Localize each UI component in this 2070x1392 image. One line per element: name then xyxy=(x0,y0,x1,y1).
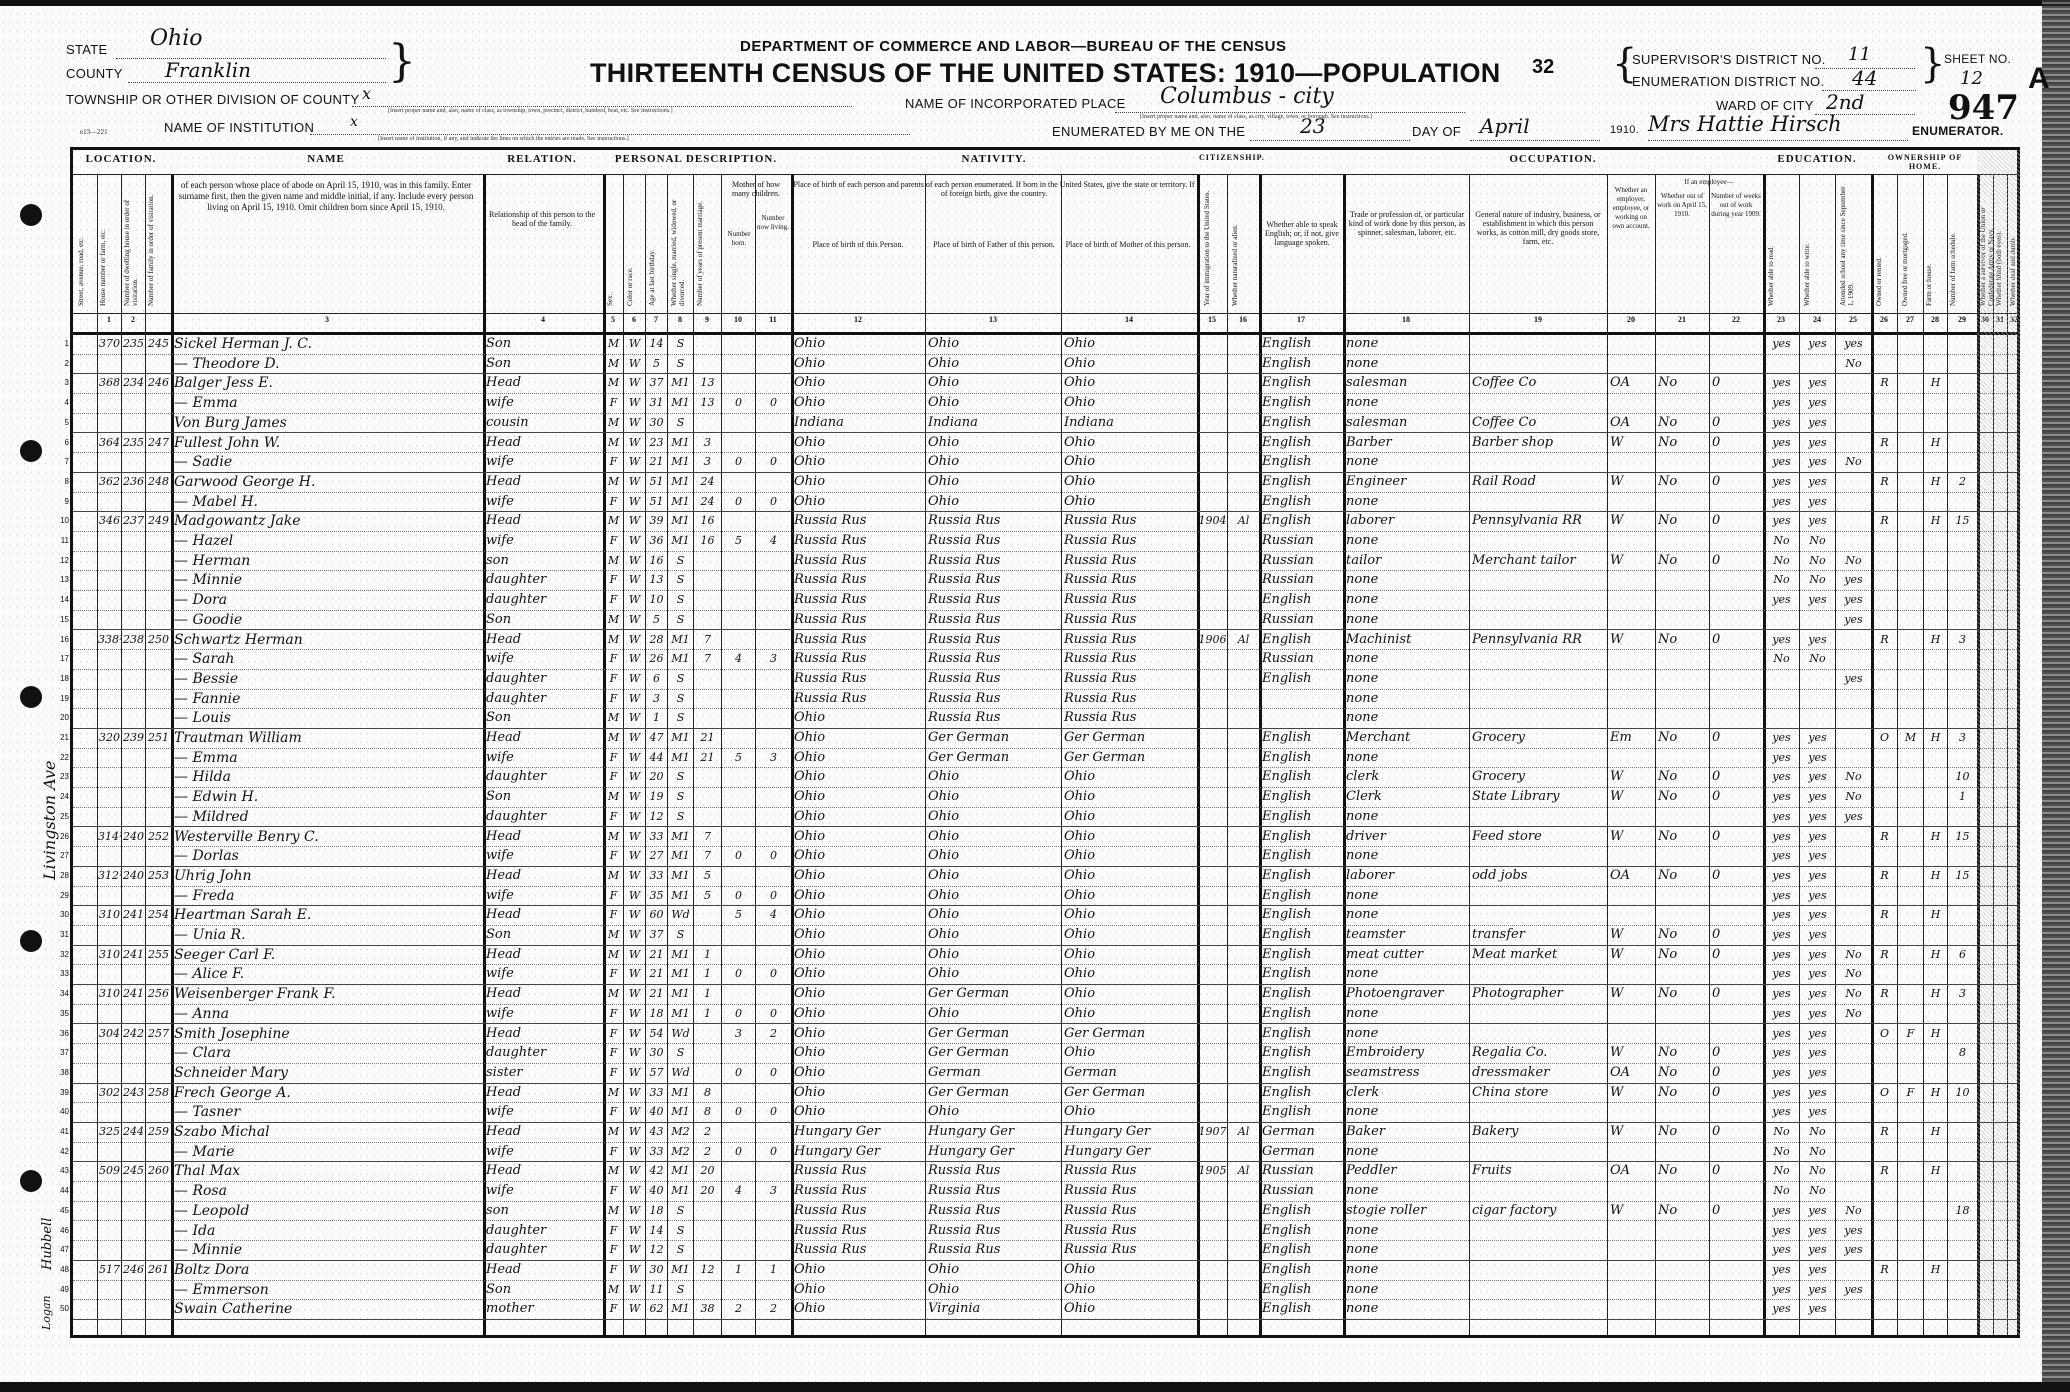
cell-sex: F xyxy=(603,1043,623,1063)
cell-name: Heartman Sarah E. xyxy=(171,905,483,925)
cell-house xyxy=(97,1004,121,1024)
cell-age: 60 xyxy=(645,905,667,925)
cell-school xyxy=(1835,413,1871,433)
line-number: 5 xyxy=(51,413,69,433)
cell-house xyxy=(97,354,121,374)
cell-sched xyxy=(1947,610,1977,630)
cell-family xyxy=(145,767,171,787)
cell-family xyxy=(145,452,171,472)
cell-name: Smith Josephine xyxy=(171,1024,483,1044)
cell-sex: M xyxy=(603,827,623,847)
cell-father: Ohio xyxy=(925,925,1061,945)
cell-born: 1 xyxy=(721,1260,755,1280)
cell-father: Hungary Ger xyxy=(925,1122,1061,1142)
cell-mother: Ohio xyxy=(1061,1004,1197,1024)
cell-read: yes xyxy=(1763,748,1799,768)
cell-trade: none xyxy=(1343,905,1469,925)
cell-house xyxy=(97,452,121,472)
cell-father: Ger German xyxy=(925,728,1061,748)
cell-trade: none xyxy=(1343,334,1469,354)
cell-own: O xyxy=(1871,728,1897,748)
cell-emp: W xyxy=(1607,984,1655,1004)
cell-nat xyxy=(1227,551,1259,571)
cell-free xyxy=(1897,689,1923,709)
cell-trade: clerk xyxy=(1343,1083,1469,1103)
cell-mother: Ohio xyxy=(1061,393,1197,413)
cell-dwelling xyxy=(121,669,145,689)
cell-born xyxy=(721,787,755,807)
cell-lang: Russian xyxy=(1259,551,1343,571)
cell-birth: Ohio xyxy=(791,748,925,768)
cell-race: W xyxy=(623,1240,645,1260)
incorporated-place-value: Columbus - city xyxy=(1160,84,1334,109)
header-birthplace-person: Place of birth of this Person. xyxy=(793,240,923,270)
cell-father: Ohio xyxy=(925,767,1061,787)
cell-out xyxy=(1655,570,1709,590)
cell-immig xyxy=(1197,1240,1227,1260)
cell-house xyxy=(97,886,121,906)
cell-trade: laborer xyxy=(1343,511,1469,531)
cell-yrs-married xyxy=(693,1280,721,1300)
cell-sched xyxy=(1947,846,1977,866)
cell-yrs-married xyxy=(693,354,721,374)
cell-immig xyxy=(1197,413,1227,433)
cell-mother: Russia Rus xyxy=(1061,630,1197,650)
cell-relation: Head xyxy=(483,945,603,965)
cell-school xyxy=(1835,846,1871,866)
cell-industry: odd jobs xyxy=(1469,866,1607,886)
cell-born: 2 xyxy=(721,1299,755,1319)
cell-write: yes xyxy=(1799,433,1835,453)
cell-relation: wife xyxy=(483,748,603,768)
cell-trade: none xyxy=(1343,1102,1469,1122)
cell-age: 33 xyxy=(645,1083,667,1103)
cell-free xyxy=(1897,433,1923,453)
cell-family: 257 xyxy=(145,1024,171,1044)
cell-dwelling xyxy=(121,1280,145,1300)
cell-trade: none xyxy=(1343,846,1469,866)
ward-label: WARD OF CITY xyxy=(1716,98,1814,113)
cell-immig xyxy=(1197,334,1227,354)
cell-trade: none xyxy=(1343,748,1469,768)
cell-own xyxy=(1871,649,1897,669)
cell-industry: Coffee Co xyxy=(1469,373,1607,393)
cell-birth: Ohio xyxy=(791,334,925,354)
cell-relation: daughter xyxy=(483,669,603,689)
cell-race: W xyxy=(623,1260,645,1280)
cell-birth: Ohio xyxy=(791,767,925,787)
cell-free xyxy=(1897,669,1923,689)
cell-father: Ohio xyxy=(925,393,1061,413)
line-number: 17 xyxy=(51,649,69,669)
cell-relation: Head xyxy=(483,866,603,886)
cell-age: 12 xyxy=(645,807,667,827)
cell-free xyxy=(1897,1260,1923,1280)
cell-lang: English xyxy=(1259,827,1343,847)
sheet-number: 12 xyxy=(1960,68,1983,89)
cell-farm xyxy=(1923,551,1947,571)
incorporated-place-label: NAME OF INCORPORATED PLACE xyxy=(905,96,1126,111)
cell-emp xyxy=(1607,1024,1655,1044)
county-value: Franklin xyxy=(165,58,251,82)
cell-farm: H xyxy=(1923,1260,1947,1280)
cell-lang: English xyxy=(1259,1221,1343,1241)
cell-sex: M xyxy=(603,945,623,965)
cell-weeks xyxy=(1709,452,1763,472)
cell-name: Westerville Benry C. xyxy=(171,827,483,847)
cell-dwelling xyxy=(121,1043,145,1063)
cell-race: W xyxy=(623,787,645,807)
cell-lang: English xyxy=(1259,452,1343,472)
cell-lang: Russian xyxy=(1259,570,1343,590)
cell-free xyxy=(1897,1280,1923,1300)
cell-birth: Ohio xyxy=(791,728,925,748)
cell-family: 247 xyxy=(145,433,171,453)
cell-write: yes xyxy=(1799,630,1835,650)
cell-sched xyxy=(1947,1102,1977,1122)
cell-free xyxy=(1897,866,1923,886)
cell-house: 368 xyxy=(97,373,121,393)
cell-immig xyxy=(1197,1280,1227,1300)
cell-yrs-married: 13 xyxy=(693,393,721,413)
line-number: 42 xyxy=(51,1142,69,1162)
cell-house: 304 xyxy=(97,1024,121,1044)
cell-lang: Russian xyxy=(1259,649,1343,669)
line-number: 11 xyxy=(51,531,69,551)
cell-race: W xyxy=(623,708,645,728)
cell-age: 10 xyxy=(645,590,667,610)
sheet-letter: A xyxy=(2028,62,2050,96)
cell-read: No xyxy=(1763,551,1799,571)
header-house-number: House number or farm, etc. xyxy=(99,180,119,306)
cell-dwelling: 241 xyxy=(121,905,145,925)
cell-yrs-married xyxy=(693,570,721,590)
cell-marital: M1 xyxy=(667,964,693,984)
cell-farm xyxy=(1923,964,1947,984)
cell-industry xyxy=(1469,1299,1607,1319)
cell-born xyxy=(721,984,755,1004)
cell-race: W xyxy=(623,472,645,492)
cell-lang: English xyxy=(1259,1083,1343,1103)
cell-lang: English xyxy=(1259,767,1343,787)
cell-yrs-married: 13 xyxy=(693,373,721,393)
cell-sex: M xyxy=(603,984,623,1004)
cell-mother: Ohio xyxy=(1061,452,1197,472)
cell-read: yes xyxy=(1763,1004,1799,1024)
incorporated-place-line xyxy=(1115,112,1465,113)
cell-nat xyxy=(1227,669,1259,689)
cell-free xyxy=(1897,1122,1923,1142)
cell-name: — Fannie xyxy=(171,689,483,709)
cell-sched xyxy=(1947,748,1977,768)
cell-weeks xyxy=(1709,1299,1763,1319)
table-row: 37— ClaradaughterFW30SOhioGer GermanOhio… xyxy=(73,1043,2017,1064)
cell-nat xyxy=(1227,610,1259,630)
cell-age: 18 xyxy=(645,1201,667,1221)
cell-relation: mother xyxy=(483,1299,603,1319)
cell-write xyxy=(1799,708,1835,728)
cell-born xyxy=(721,570,755,590)
column-number: 6 xyxy=(623,315,645,324)
cell-name: — Louis xyxy=(171,708,483,728)
cell-free xyxy=(1897,945,1923,965)
cell-name: — Minnie xyxy=(171,1240,483,1260)
cell-weeks: 0 xyxy=(1709,373,1763,393)
cell-house: 320 xyxy=(97,728,121,748)
cell-trade: none xyxy=(1343,570,1469,590)
cell-yrs-married: 21 xyxy=(693,748,721,768)
cell-school xyxy=(1835,689,1871,709)
cell-write: yes xyxy=(1799,866,1835,886)
column-number: 9 xyxy=(693,315,721,324)
cell-weeks xyxy=(1709,393,1763,413)
cell-sex: F xyxy=(603,846,623,866)
table-row: 50Swain CatherinemotherFW62M13822OhioVir… xyxy=(73,1299,2017,1320)
header-mother-of: Mother of how many children. xyxy=(723,180,789,210)
cell-dwelling: 240 xyxy=(121,827,145,847)
punch-hole xyxy=(20,204,42,226)
cell-immig xyxy=(1197,452,1227,472)
cell-farm xyxy=(1923,1201,1947,1221)
cell-name: — Dorlas xyxy=(171,846,483,866)
cell-dwelling: 235 xyxy=(121,433,145,453)
cell-farm xyxy=(1923,531,1947,551)
cell-sched xyxy=(1947,1299,1977,1319)
cell-own xyxy=(1871,610,1897,630)
cell-mother: Ohio xyxy=(1061,492,1197,512)
cell-name: Fullest John W. xyxy=(171,433,483,453)
cell-farm xyxy=(1923,1043,1947,1063)
cell-house: 370 xyxy=(97,334,121,354)
cell-out: No xyxy=(1655,413,1709,433)
cell-dwelling: 246 xyxy=(121,1260,145,1280)
cell-relation: Head xyxy=(483,1161,603,1181)
cell-weeks: 0 xyxy=(1709,1122,1763,1142)
cell-mother: Russia Rus xyxy=(1061,531,1197,551)
cell-weeks xyxy=(1709,1221,1763,1241)
cell-read: yes xyxy=(1763,413,1799,433)
cell-out: No xyxy=(1655,827,1709,847)
cell-own xyxy=(1871,669,1897,689)
cell-family xyxy=(145,610,171,630)
cell-own: R xyxy=(1871,630,1897,650)
cell-sched xyxy=(1947,689,1977,709)
cell-mother: Ohio xyxy=(1061,846,1197,866)
cell-weeks: 0 xyxy=(1709,1161,1763,1181)
cell-house xyxy=(97,551,121,571)
cell-name: — Mabel H. xyxy=(171,492,483,512)
cell-weeks xyxy=(1709,649,1763,669)
cell-nat: Al xyxy=(1227,511,1259,531)
table-row: 42— MariewifeFW33M2200Hungary GerHungary… xyxy=(73,1142,2017,1163)
cell-emp: W xyxy=(1607,511,1655,531)
cell-family xyxy=(145,1004,171,1024)
cell-father: Ohio xyxy=(925,1102,1061,1122)
cell-sex: F xyxy=(603,1299,623,1319)
cell-relation: daughter xyxy=(483,767,603,787)
cell-house xyxy=(97,1201,121,1221)
cell-relation: wife xyxy=(483,964,603,984)
cell-mother: Ohio xyxy=(1061,925,1197,945)
cell-born: 0 xyxy=(721,846,755,866)
cell-relation: daughter xyxy=(483,807,603,827)
cell-sex: M xyxy=(603,728,623,748)
cell-mother: Ohio xyxy=(1061,807,1197,827)
header-relation: Relationship of this person to the head … xyxy=(485,210,599,270)
punch-hole xyxy=(20,1170,42,1192)
cell-own: R xyxy=(1871,433,1897,453)
cell-relation: Son xyxy=(483,787,603,807)
cell-farm xyxy=(1923,1221,1947,1241)
cell-race: W xyxy=(623,610,645,630)
cell-dwelling xyxy=(121,1102,145,1122)
cell-age: 27 xyxy=(645,846,667,866)
cell-industry xyxy=(1469,689,1607,709)
cell-trade: Embroidery xyxy=(1343,1043,1469,1063)
cell-write: yes xyxy=(1799,1299,1835,1319)
cell-sched xyxy=(1947,393,1977,413)
cell-weeks: 0 xyxy=(1709,827,1763,847)
cell-write: yes xyxy=(1799,787,1835,807)
cell-dwelling xyxy=(121,413,145,433)
cell-nat xyxy=(1227,767,1259,787)
cell-family xyxy=(145,354,171,374)
cell-weeks: 0 xyxy=(1709,925,1763,945)
header-age: Age at last birthday. xyxy=(648,180,666,306)
cell-lang: Russian xyxy=(1259,531,1343,551)
cell-industry: cigar factory xyxy=(1469,1201,1607,1221)
cell-yrs-married xyxy=(693,1043,721,1063)
cell-family xyxy=(145,1043,171,1063)
cell-nat xyxy=(1227,866,1259,886)
cell-farm: H xyxy=(1923,1122,1947,1142)
page-stamp: 32 xyxy=(1532,56,1554,79)
cell-marital: S xyxy=(667,669,693,689)
cell-name: — Tasner xyxy=(171,1102,483,1122)
cell-family: 246 xyxy=(145,373,171,393)
cell-mother: Ohio xyxy=(1061,1102,1197,1122)
census-sheet: STATE Ohio COUNTY Franklin } TOWNSHIP OR… xyxy=(0,0,2070,1392)
cell-farm xyxy=(1923,354,1947,374)
column-number: 26 xyxy=(1871,315,1897,324)
cell-read: No xyxy=(1763,531,1799,551)
cell-age: 21 xyxy=(645,452,667,472)
table-row: 32310241255Seeger Carl F.HeadMW21M11Ohio… xyxy=(73,945,2017,966)
cell-nat xyxy=(1227,1260,1259,1280)
cell-marital: M1 xyxy=(667,492,693,512)
cell-nat xyxy=(1227,334,1259,354)
stamp-number: 947 xyxy=(1948,88,2019,128)
cell-family xyxy=(145,1240,171,1260)
line-number: 28 xyxy=(51,866,69,886)
cell-write: yes xyxy=(1799,1260,1835,1280)
cell-living xyxy=(755,354,791,374)
cell-lang xyxy=(1259,689,1343,709)
cell-trade: Merchant xyxy=(1343,728,1469,748)
cell-living xyxy=(755,984,791,1004)
cell-own xyxy=(1871,689,1897,709)
cell-school xyxy=(1835,866,1871,886)
cell-race: W xyxy=(623,511,645,531)
cell-industry xyxy=(1469,531,1607,551)
cell-sex: M xyxy=(603,354,623,374)
header-children-born: Number born. xyxy=(723,230,755,270)
cell-race: W xyxy=(623,945,645,965)
cell-father: Ger German xyxy=(925,1024,1061,1044)
cell-trade: none xyxy=(1343,964,1469,984)
cell-out xyxy=(1655,649,1709,669)
cell-write: No xyxy=(1799,570,1835,590)
cell-industry: Rail Road xyxy=(1469,472,1607,492)
table-row: 23— HildadaughterFW20SOhioOhioOhioEnglis… xyxy=(73,767,2017,788)
cell-school: No xyxy=(1835,984,1871,1004)
cell-weeks: 0 xyxy=(1709,1201,1763,1221)
cell-out: No xyxy=(1655,472,1709,492)
cell-house xyxy=(97,1221,121,1241)
group-education: EDUCATION. xyxy=(1763,153,1871,175)
cell-weeks xyxy=(1709,1024,1763,1044)
cell-industry xyxy=(1469,610,1607,630)
table-row: 2— Theodore D.SonMW5SOhioOhioOhioEnglish… xyxy=(73,354,2017,375)
cell-yrs-married: 3 xyxy=(693,433,721,453)
cell-nat xyxy=(1227,1142,1259,1162)
cell-emp: W xyxy=(1607,630,1655,650)
cell-name: — Hilda xyxy=(171,767,483,787)
cell-age: 20 xyxy=(645,767,667,787)
cell-nat xyxy=(1227,1004,1259,1024)
cell-relation: Head xyxy=(483,1260,603,1280)
cell-relation: daughter xyxy=(483,689,603,709)
cell-school: No xyxy=(1835,767,1871,787)
cell-out: No xyxy=(1655,1122,1709,1142)
cell-yrs-married xyxy=(693,1024,721,1044)
cell-lang: English xyxy=(1259,886,1343,906)
cell-name: — Bessie xyxy=(171,669,483,689)
cell-house: 364 xyxy=(97,433,121,453)
header-trade: Trade or profession of, or particular ki… xyxy=(1347,210,1467,270)
line-number: 39 xyxy=(51,1083,69,1103)
cell-born xyxy=(721,334,755,354)
cell-age: 36 xyxy=(645,531,667,551)
cell-yrs-married: 7 xyxy=(693,827,721,847)
table-row: 33— Alice F.wifeFW21M1100OhioOhioOhioEng… xyxy=(73,964,2017,985)
cell-birth: Ohio xyxy=(791,354,925,374)
cell-race: W xyxy=(623,570,645,590)
cell-age: 21 xyxy=(645,945,667,965)
cell-yrs-married xyxy=(693,1240,721,1260)
cell-nat xyxy=(1227,452,1259,472)
cell-relation: Head xyxy=(483,827,603,847)
cell-dwelling xyxy=(121,846,145,866)
cell-race: W xyxy=(623,413,645,433)
cell-father: Ger German xyxy=(925,984,1061,1004)
cell-sched xyxy=(1947,354,1977,374)
cell-lang: English xyxy=(1259,787,1343,807)
cell-farm: H xyxy=(1923,1024,1947,1044)
cell-emp xyxy=(1607,492,1655,512)
cell-immig xyxy=(1197,1299,1227,1319)
cell-immig xyxy=(1197,1260,1227,1280)
cell-mother: Ohio xyxy=(1061,1299,1197,1319)
cell-relation: Son xyxy=(483,334,603,354)
cell-free xyxy=(1897,1161,1923,1181)
cell-school: No xyxy=(1835,964,1871,984)
cell-father: Hungary Ger xyxy=(925,1142,1061,1162)
cell-yrs-married xyxy=(693,334,721,354)
cell-free xyxy=(1897,1240,1923,1260)
cell-living xyxy=(755,472,791,492)
line-number: 4 xyxy=(51,393,69,413)
